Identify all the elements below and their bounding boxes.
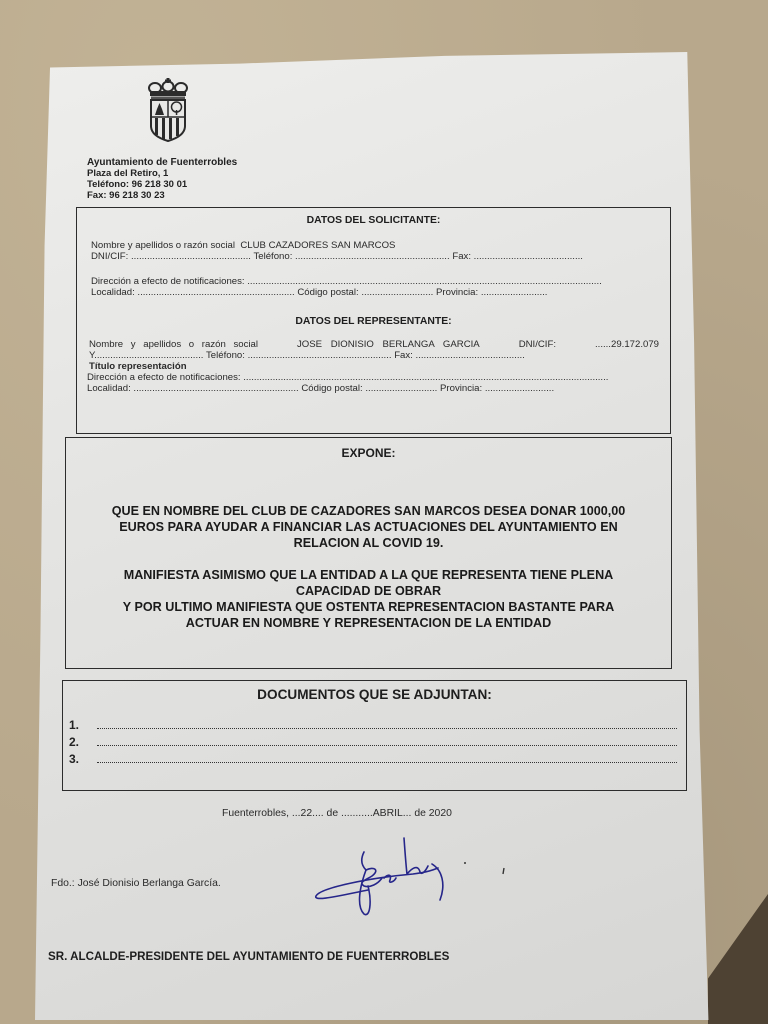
org-address: Plaza del Retiro, 1 [87, 168, 237, 179]
representante-phone-label: Teléfono: [206, 350, 245, 361]
solicitante-locality-field[interactable]: ........................................… [137, 287, 294, 298]
table-surface [708, 894, 768, 1024]
signed-by: Fdo.: José Dionisio Berlanga García. [51, 878, 221, 889]
expone-line: Y POR ULTIMO MANIFIESTA QUE OSTENTA REPR… [66, 599, 671, 615]
dotted-filler: ........................................… [94, 350, 203, 361]
representante-name-row: Nombre y apellidos o razón social JOSE D… [89, 339, 659, 350]
representante-address-label: Dirección a efecto de notificaciones: [87, 372, 241, 383]
representante-title: DATOS DEL REPRESENTANTE: [77, 316, 670, 327]
representante-province-field[interactable]: .......................... [485, 383, 554, 394]
representante-fax-label: Fax: [394, 350, 413, 361]
solicitante-dni-field[interactable]: ........................................… [131, 251, 251, 262]
solicitante-locality-row: Localidad: .............................… [91, 287, 547, 298]
representante-fax-field[interactable]: ........................................… [416, 350, 525, 361]
solicitante-postal-label: Código postal: [297, 287, 358, 298]
representante-contact-row: Y.......................................… [89, 350, 525, 361]
expone-paragraph-2: MANIFIESTA ASIMISMO QUE LA ENTIDAD A LA … [66, 567, 671, 631]
representante-titulo-label: Título representación [89, 361, 187, 372]
solicitante-title: DATOS DEL SOLICITANTE: [77, 215, 670, 226]
solicitante-dni-label: DNI/CIF: [91, 251, 128, 262]
date-line: Fuenterrobles, ...22.... de ...........A… [222, 808, 452, 819]
expone-line: ACTUAR EN NOMBRE Y REPRESENTACION DE LA … [66, 615, 671, 631]
attached-documents-section: DOCUMENTOS QUE SE ADJUNTAN: 1. 2. 3. [62, 680, 687, 791]
document-item-field[interactable] [97, 762, 677, 763]
representante-titulo-row: Título representación [89, 361, 187, 372]
representante-locality-label: Localidad: [87, 383, 131, 394]
document-item-2[interactable]: 2. [69, 735, 79, 749]
solicitante-contact-row: DNI/CIF: ...............................… [91, 251, 583, 262]
representante-locality-row: Localidad: .............................… [87, 383, 554, 394]
handwritten-signature-icon [308, 830, 508, 920]
representante-postal-label: Código postal: [301, 383, 362, 394]
solicitante-phone-label: Teléfono: [253, 251, 292, 262]
document-item-field[interactable] [97, 745, 677, 746]
document-item-3[interactable]: 3. [69, 752, 79, 766]
org-fax: Fax: 96 218 30 23 [87, 190, 237, 201]
solicitante-name-label: Nombre y apellidos o razón social [91, 240, 235, 251]
representante-address-field[interactable]: ........................................… [243, 372, 608, 383]
representante-phone-field[interactable]: ........................................… [248, 350, 392, 361]
coat-of-arms-icon [147, 78, 189, 142]
document-item-number: 1. [69, 718, 79, 732]
expone-title: EXPONE: [66, 446, 671, 460]
solicitante-name-row: Nombre y apellidos o razón social CLUB C… [91, 240, 395, 251]
document-item-number: 3. [69, 752, 79, 766]
solicitante-address-row: Dirección a efecto de notificaciones: ..… [91, 276, 602, 287]
representante-postal-field[interactable]: ........................... [365, 383, 437, 394]
solicitante-locality-label: Localidad: [91, 287, 135, 298]
statement-section: EXPONE: QUE EN NOMBRE DEL CLUB DE CAZADO… [65, 437, 672, 669]
expone-line: CAPACIDAD DE OBRAR [66, 583, 671, 599]
addressee: SR. ALCALDE-PRESIDENTE DEL AYUNTAMIENTO … [48, 950, 449, 963]
solicitante-address-label: Dirección a efecto de notificaciones: [91, 276, 245, 287]
representante-province-label: Provincia: [440, 383, 482, 394]
solicitante-province-field[interactable]: ......................... [481, 287, 548, 298]
representante-locality-field[interactable]: ........................................… [133, 383, 298, 394]
representante-address-row: Dirección a efecto de notificaciones: ..… [87, 372, 608, 383]
representante-name-field[interactable]: JOSE DIONISIO BERLANGA GARCIA [297, 339, 480, 350]
documentos-title: DOCUMENTOS QUE SE ADJUNTAN: [63, 687, 686, 702]
solicitante-name-field[interactable]: CLUB CAZADORES SAN MARCOS [240, 240, 395, 251]
expone-line: RELACION AL COVID 19. [66, 535, 671, 551]
document-item-field[interactable] [97, 728, 677, 729]
applicant-data-section: DATOS DEL SOLICITANTE: Nombre y apellido… [76, 207, 671, 434]
expone-paragraph-1: QUE EN NOMBRE DEL CLUB DE CAZADORES SAN … [66, 503, 671, 551]
solicitante-province-label: Provincia: [436, 287, 478, 298]
solicitante-fax-label: Fax: [452, 251, 471, 262]
representante-dni-field[interactable]: ......29.172.079 [595, 339, 659, 350]
solicitante-phone-field[interactable]: ........................................… [295, 251, 450, 262]
representante-dni-label: DNI/CIF: [519, 339, 556, 350]
document-item-1[interactable]: 1. [69, 718, 79, 732]
expone-line: EUROS PARA AYUDAR A FINANCIAR LAS ACTUAC… [66, 519, 671, 535]
expone-line: MANIFIESTA ASIMISMO QUE LA ENTIDAD A LA … [66, 567, 671, 583]
solicitante-fax-field[interactable]: ........................................… [474, 251, 583, 262]
org-phone: Teléfono: 96 218 30 01 [87, 179, 237, 190]
expone-line: QUE EN NOMBRE DEL CLUB DE CAZADORES SAN … [66, 503, 671, 519]
solicitante-postal-field[interactable]: ........................... [361, 287, 433, 298]
organization-header: Ayuntamiento de Fuenterrobles Plaza del … [87, 157, 237, 201]
document-item-number: 2. [69, 735, 79, 749]
representante-name-label: Nombre y apellidos o razón social [89, 339, 258, 350]
org-name: Ayuntamiento de Fuenterrobles [87, 157, 237, 168]
solicitante-address-field[interactable]: ........................................… [247, 276, 602, 287]
